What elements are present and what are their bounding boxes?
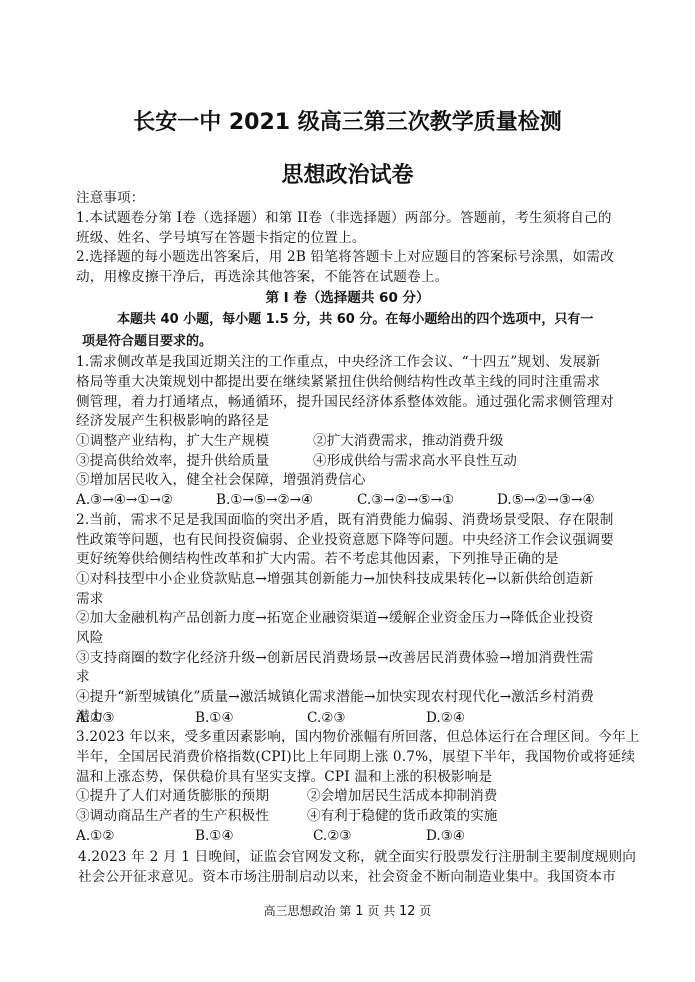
question-item: ③支持商圈的数字化经济升级→创新居民消费场景→改善居民消费体验→增加消费性需 [76,648,594,668]
answer-option-d: D.③④ [426,826,465,846]
question-stem: 半年，全国居民消费价格指数(CPI)比上年同期上涨 0.7%，展望下半年，我国物… [76,747,635,767]
question-stem: 经济发展产生积极影响的路径是 [76,411,269,431]
question-stem: 4.2023 年 2 月 1 日晚间，证监会官网发文称，就全面实行股票发行注册制… [78,847,636,867]
footer-page-number: 1 [355,904,363,919]
answer-option-b: B.①④ [195,826,234,846]
footer-mid: 页 共 [367,904,395,918]
question-item: ①调整产业结构，扩大生产规模 [76,431,269,451]
question-item: ④形成供给与需求高水平良性互动 [313,451,517,471]
question-item: ①提升了人们对通货膨胀的预期 [76,786,269,806]
question-item: 风险 [76,628,104,648]
question-item: ④有利于稳健的货币政策的实施 [307,806,497,826]
answer-option-a: A.①② [76,826,115,846]
question-item: ①对科技型中小企业贷款贴息→增强其创新能力→加快科技成果转化→以新供给创造新 [76,569,594,589]
answer-option-a: A.①③ [76,708,115,728]
question-stem: 格局等重大决策规划中都提出要在继续紧紧扭住供给侧结构性改革主线的同时注重需求 [76,372,600,392]
footer-prefix: 高三思想政治 第 [264,904,352,918]
section-instruction: 项是符合题目要求的。 [82,330,212,349]
answer-option-c: C.③→②→⑤→① [357,490,454,510]
question-stem: 社会公开征求意见。资本市场注册制启动以来，社会资金不断向制造业集中。我国资本市 [78,867,616,887]
notes-line: 班级、姓名、学号填写在答题卡指定的位置上。 [76,228,366,248]
question-item: ③调动商品生产者的生产积极性 [76,806,269,826]
question-item: ②加大金融机构产品创新力度→拓宽企业融资渠道→缓解企业资金压力→降低企业投资 [76,608,594,628]
answer-option-c: C.②③ [313,826,352,846]
question-item: ②扩大消费需求，推动消费升级 [313,431,503,451]
question-stem: 温和上涨态势，保供稳价具有坚实支撑。CPI 温和上涨的积极影响是 [76,767,492,787]
exam-title: 长安一中 2021 级高三第三次教学质量检测 [0,105,695,136]
notes-line: 动，用橡皮擦干净后，再选涂其他答案，不能答在试题卷上。 [76,267,448,287]
exam-subtitle: 思想政治试卷 [0,158,695,189]
footer-total-pages: 12 [399,904,416,919]
answer-option-c: C.②③ [307,708,346,728]
question-stem: 1.需求侧改革是我国近期关注的工作重点，中央经济工作会议、“十四五”规划、发展新 [76,352,600,372]
question-stem: 性政策等问题，也有民间投资偏弱、企业投资意愿下降等问题。中央经济工作会议强调要 [76,530,614,550]
question-stem: 2.当前，需求不足是我国面临的突出矛盾，既有消费能力偏弱、消费场景受限、存在限制 [76,510,614,530]
answer-option-a: A.③→④→①→② [76,490,173,510]
notes-line: 2.选择题的每小题选出答案后，用 2B 铅笔将答题卡上对应题目的答案标号涂黑，如… [76,247,614,267]
section-instruction: 本题共 40 小题，每小题 1.5 分，共 60 分。在每小题给出的四个选项中，… [117,308,593,327]
notes-line: 1.本试题卷分第 I卷（选择题）和第 II卷（非选择题）两部分。答题前，考生须将… [76,208,612,228]
footer-suffix: 页 [419,904,431,918]
answer-option-b: B.①④ [195,708,234,728]
question-stem: 3.2023 年以来，受多重因素影响，国内物价涨幅有所回落，但总体运行在合理区间… [76,727,640,747]
notes-heading: 注意事项： [76,188,145,208]
question-item: 需求 [76,589,104,609]
question-item: ③提高供给效率，提升供给质量 [76,451,269,471]
question-item: ⑤增加居民收入，健全社会保障，增强消费信心 [76,470,366,490]
question-item: ④提升“新型城镇化”质量→激活城镇化需求潜能→加快实现农村现代化→激活乡村消费 [76,687,594,707]
answer-option-d: D.⑤→②→③→④ [497,490,595,510]
answer-option-b: B.①→⑤→②→④ [216,490,313,510]
question-stem: 更好统筹供给侧结构性改革和扩大内需。若不考虑其他因素，下列推导正确的是 [76,549,559,569]
answer-option-d: D.②④ [426,708,465,728]
question-stem: 侧管理，着力打通堵点，畅通循环，提升国民经济体系整体效能。通过强化需求侧管理对 [76,392,614,412]
section-title: 第 I 卷（选择题共 60 分） [0,286,695,306]
question-item: 求 [76,667,90,687]
question-item: ②会增加居民生活成本抑制消费 [307,786,497,806]
page-footer: 高三思想政治 第 1 页 共 12 页 [0,902,695,919]
